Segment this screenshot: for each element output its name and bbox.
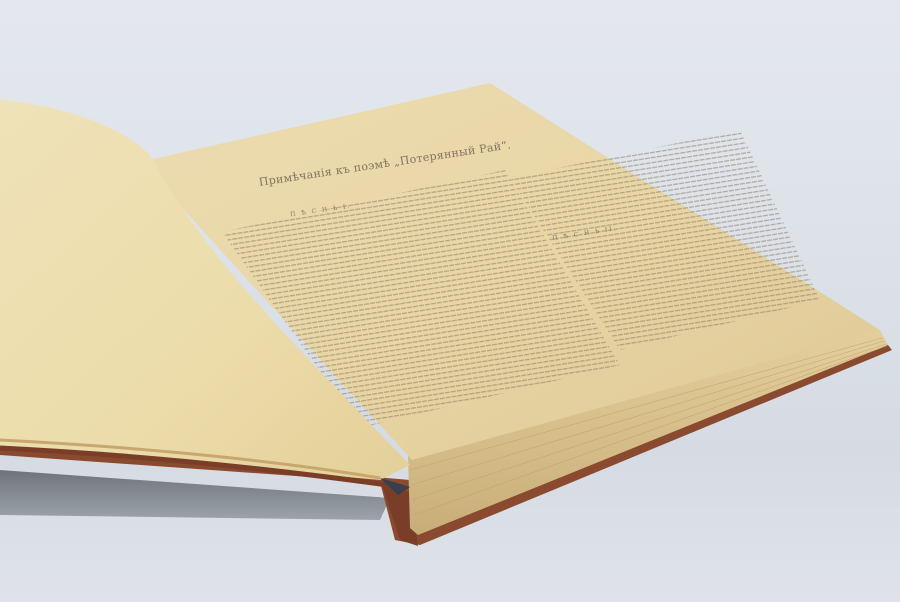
book-illustration xyxy=(0,0,900,602)
photo-scene: Примѣчанія къ поэмѣ „Потерянный Рай“. П … xyxy=(0,0,900,602)
